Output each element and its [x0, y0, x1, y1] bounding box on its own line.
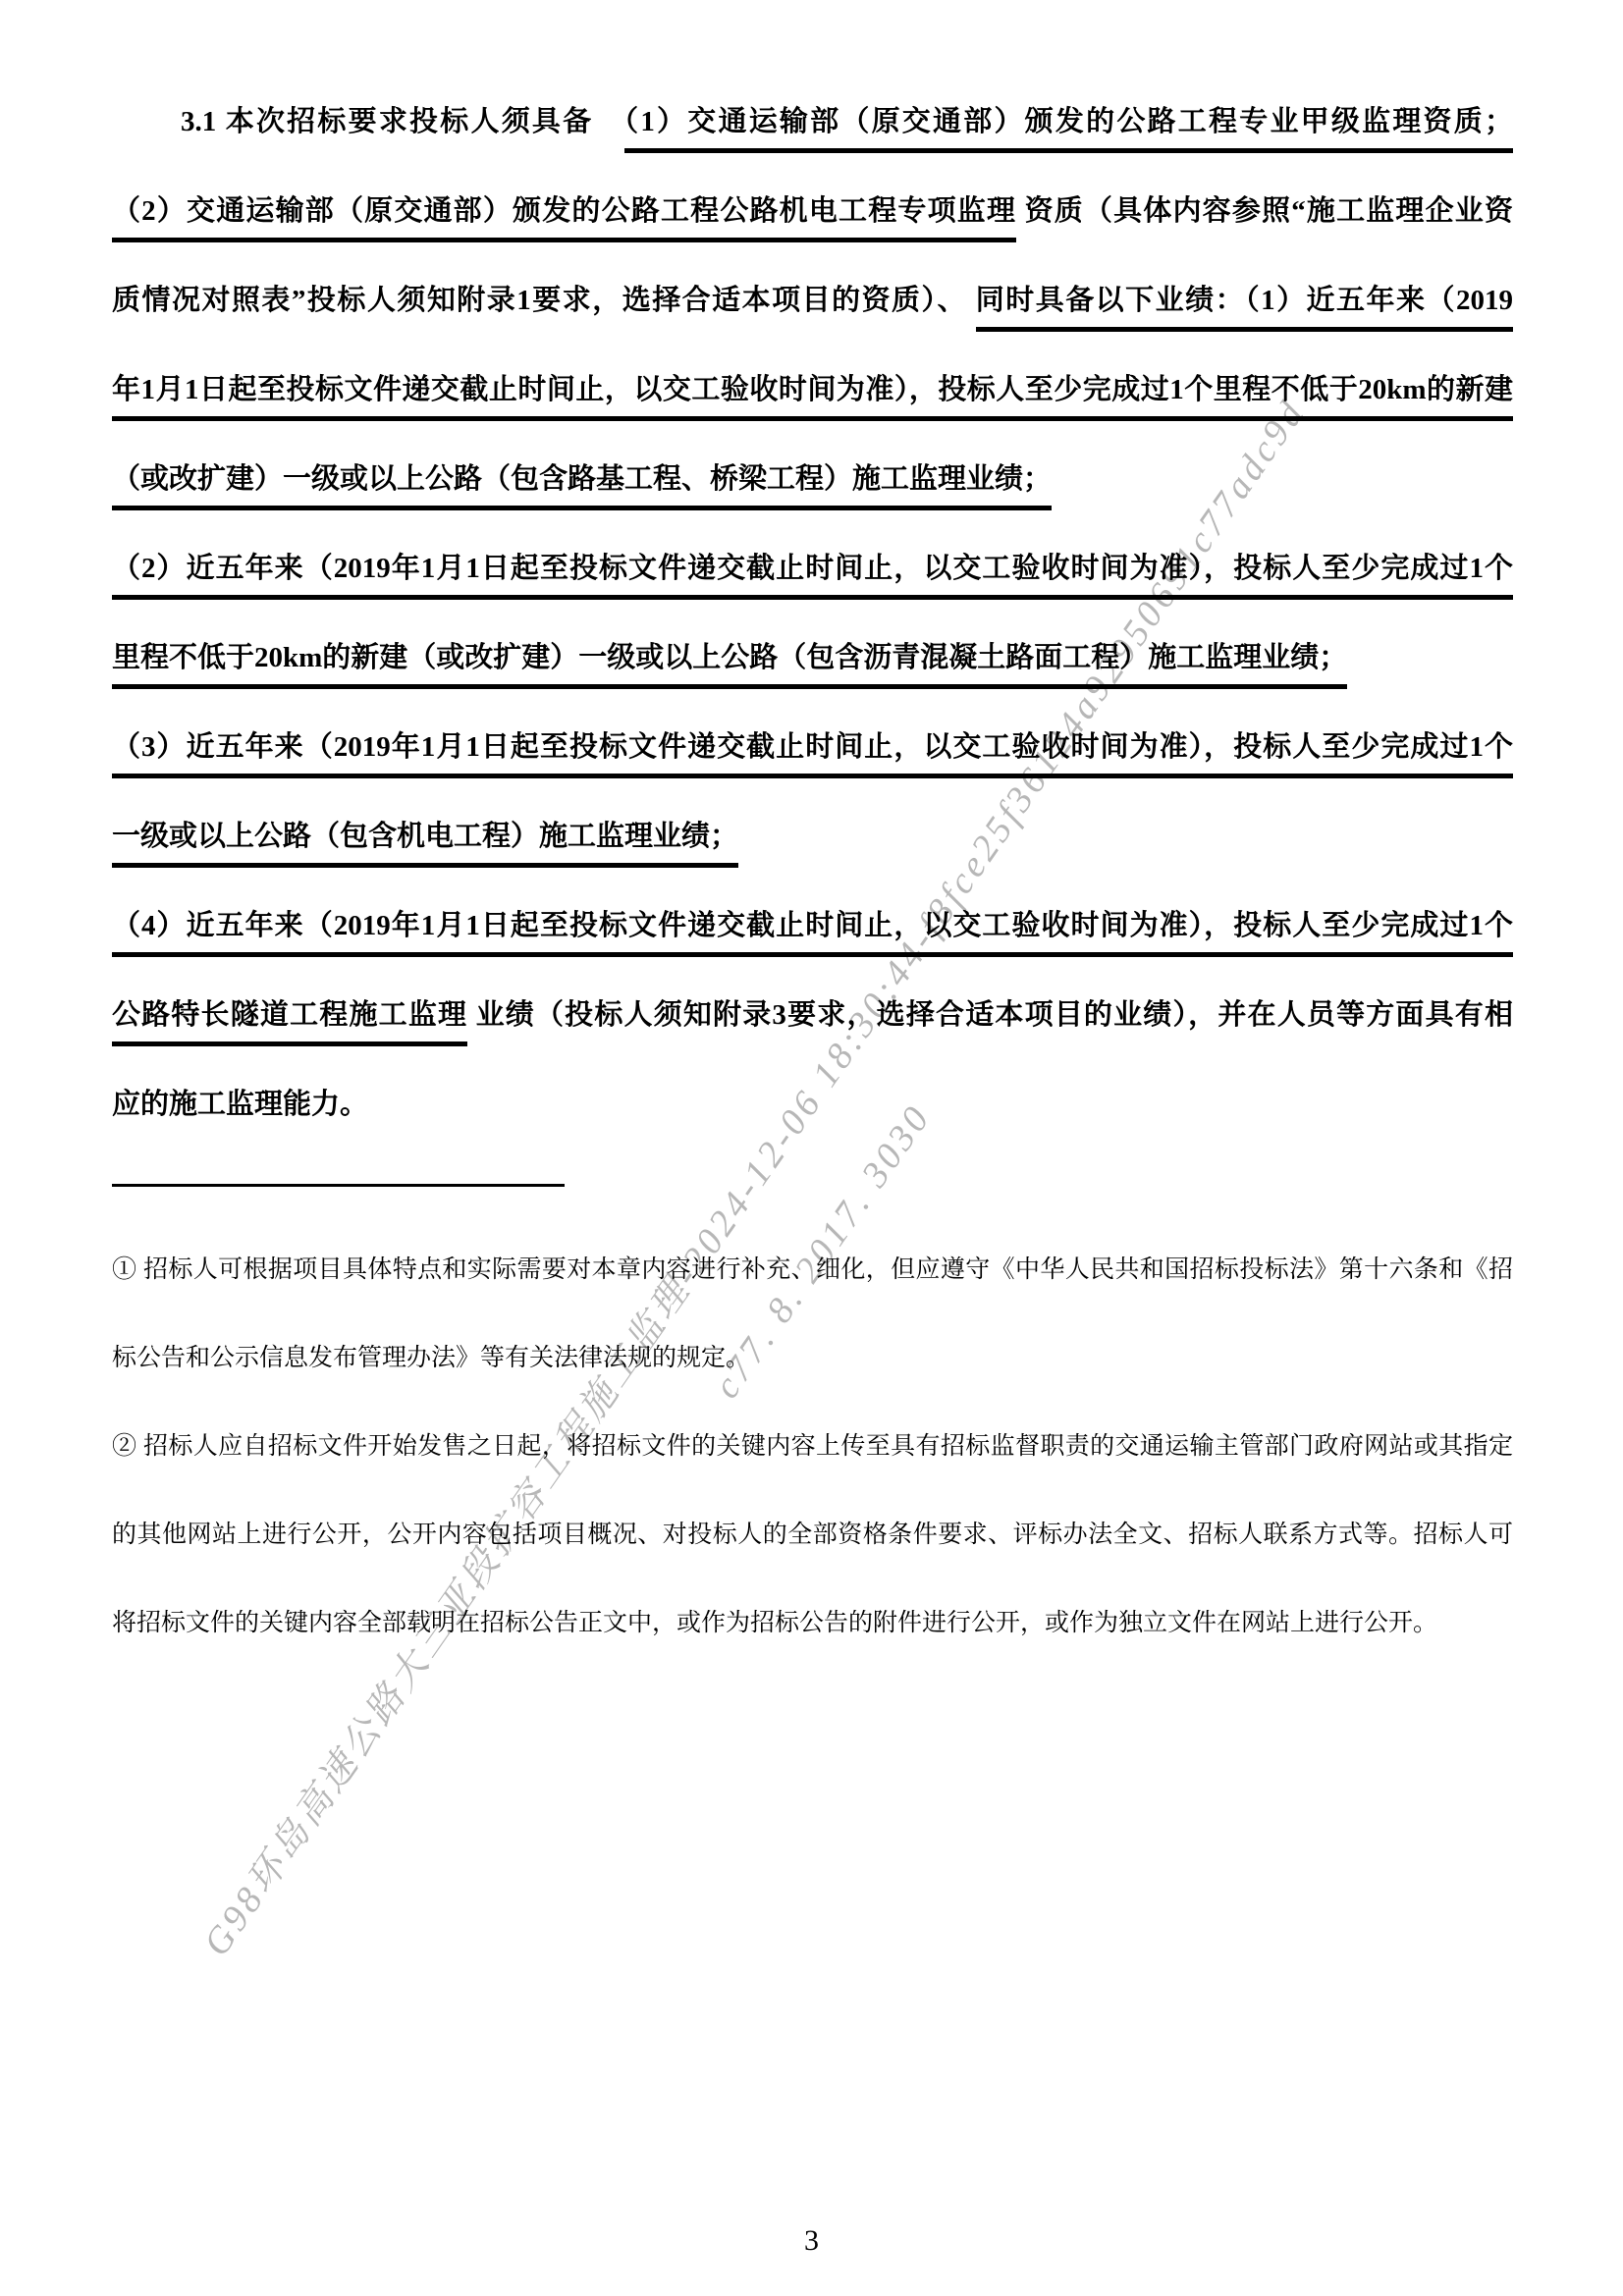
paragraph-line: （2）交通运输部（原交通部）颁发的公路工程公路机电工程专项监理 资质（具体内容参… — [112, 193, 1513, 283]
text-segment: 业绩（投标人须知附录3要求，选择合适本项目的业绩），并在人员等方面具有相 — [467, 999, 1513, 1031]
page-number: 3 — [0, 2224, 1623, 2258]
paragraph-line: （或改扩建）一级或以上公路（包含路基工程、桥梁工程）施工监理业绩； — [112, 461, 1513, 551]
paragraph-line: 质情况对照表”投标人须知附录1要求，选择合适本项目的资质）、 同时具备以下业绩：… — [112, 283, 1513, 372]
footnote-line: ① 招标人可根据项目具体特点和实际需要对本章内容进行补充、细化，但应遵守《中华人… — [112, 1255, 1513, 1343]
paragraph-line: 里程不低于20km的新建（或改扩建）一级或以上公路（包含沥青混凝土路面工程）施工… — [112, 640, 1513, 729]
underlined-text-segment: （或改扩建）一级或以上公路（包含路基工程、桥梁工程）施工监理业绩； — [112, 463, 1052, 510]
underlined-text-segment: 同时具备以下业绩：（1）近五年来（2019 — [976, 285, 1513, 332]
footnote-line: 的其他网站上进行公开，公开内容包括项目概况、对投标人的全部资格条件要求、评标办法… — [112, 1520, 1513, 1608]
footnote-separator — [112, 1184, 565, 1187]
paragraph-line: 年1月1日起至投标文件递交截止时间止，以交工验收时间为准），投标人至少完成过1个… — [112, 372, 1513, 461]
text-segment: 质情况对照表”投标人须知附录1要求，选择合适本项目的资质）、 — [112, 285, 976, 316]
paragraph-line: （2）近五年来（2019年1月1日起至投标文件递交截止时间止，以交工验收时间为准… — [112, 551, 1513, 640]
underlined-text-segment: 公路特长隧道工程施工监理 — [112, 999, 467, 1046]
footnote-line: 将招标文件的关键内容全部载明在招标公告正文中，或作为招标公告的附件进行公开，或作… — [112, 1608, 1513, 1696]
underlined-text-segment: 里程不低于20km的新建（或改扩建）一级或以上公路（包含沥青混凝土路面工程）施工… — [112, 642, 1347, 689]
underlined-text-segment: （2）交通运输部（原交通部）颁发的公路工程公路机电工程专项监理 — [112, 195, 1016, 242]
main-text-block: 3.1 本次招标要求投标人须具备 （1）交通运输部（原交通部）颁发的公路工程专业… — [112, 104, 1513, 1176]
paragraph-line: （3）近五年来（2019年1月1日起至投标文件递交截止时间止，以交工验收时间为准… — [112, 729, 1513, 819]
paragraph-line: 一级或以上公路（包含机电工程）施工监理业绩； — [112, 819, 1513, 908]
footnotes-block: ① 招标人可根据项目具体特点和实际需要对本章内容进行补充、细化，但应遵守《中华人… — [112, 1255, 1513, 1696]
text-segment: 3.1 本次招标要求投标人须具备 — [181, 106, 624, 137]
underlined-text-segment: 年1月1日起至投标文件递交截止时间止，以交工验收时间为准），投标人至少完成过1个… — [112, 374, 1513, 421]
underlined-text-segment: （4）近五年来（2019年1月1日起至投标文件递交截止时间止，以交工验收时间为准… — [112, 910, 1513, 957]
footnote-line: 标公告和公示信息发布管理办法》等有关法律法规的规定。 — [112, 1343, 1513, 1431]
paragraph-line: （4）近五年来（2019年1月1日起至投标文件递交截止时间止，以交工验收时间为准… — [112, 908, 1513, 997]
underlined-text-segment: （3）近五年来（2019年1月1日起至投标文件递交截止时间止，以交工验收时间为准… — [112, 731, 1513, 778]
paragraph-line: 公路特长隧道工程施工监理 业绩（投标人须知附录3要求，选择合适本项目的业绩），并… — [112, 997, 1513, 1087]
text-segment: 资质（具体内容参照“施工监理企业资 — [1016, 195, 1513, 227]
document-page: G98环岛高速公路大三亚段扩容工程施工监理-2024-12-06 18:30:4… — [0, 0, 1623, 2296]
paragraph-line: 3.1 本次招标要求投标人须具备 （1）交通运输部（原交通部）颁发的公路工程专业… — [112, 104, 1513, 193]
paragraph-line: 应的施工监理能力。 — [112, 1087, 1513, 1176]
underlined-text-segment: （2）近五年来（2019年1月1日起至投标文件递交截止时间止，以交工验收时间为准… — [112, 553, 1513, 600]
text-segment: 应的施工监理能力。 — [112, 1089, 368, 1120]
footnote-line: ② 招标人应自招标文件开始发售之日起，将招标文件的关键内容上传至具有招标监督职责… — [112, 1431, 1513, 1520]
underlined-text-segment: 一级或以上公路（包含机电工程）施工监理业绩； — [112, 821, 738, 868]
underlined-text-segment: （1）交通运输部（原交通部）颁发的公路工程专业甲级监理资质； — [624, 106, 1513, 153]
